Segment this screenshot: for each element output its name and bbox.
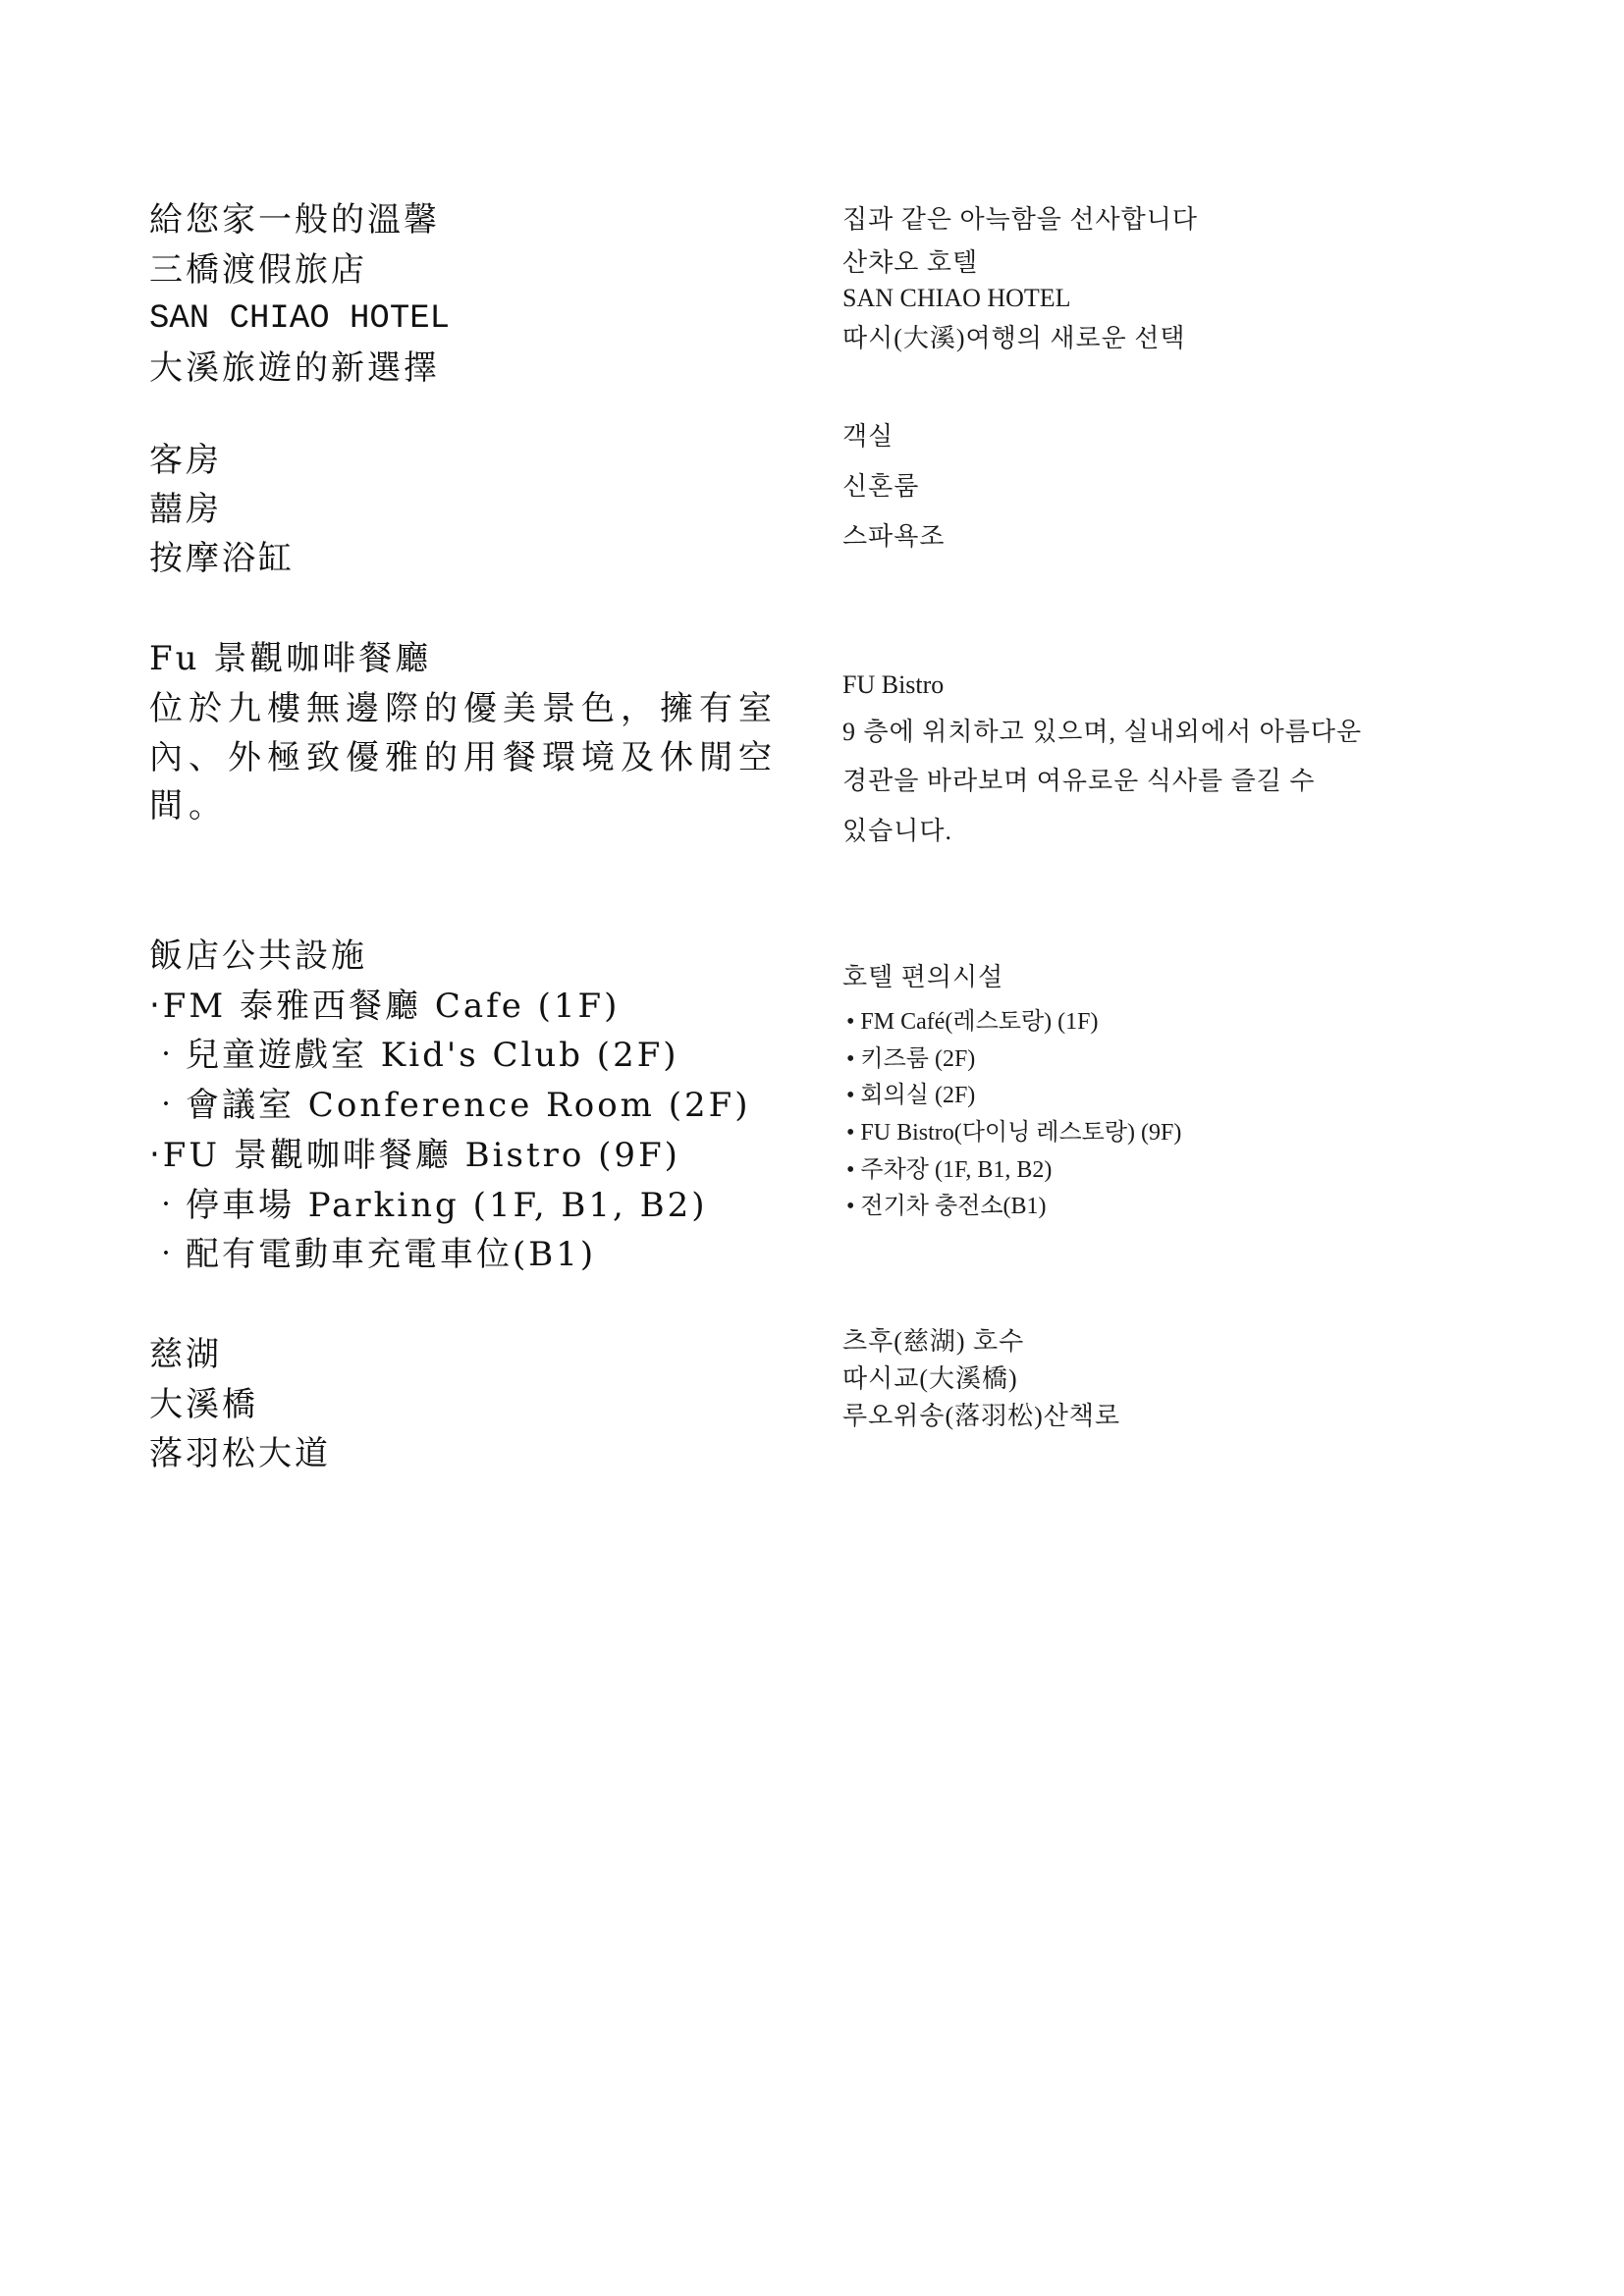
bistro-description-line: 位於九樓無邊際的優美景色，擁有室 [149, 692, 778, 725]
tagline-ko: 집과 같은 아늑함을 선사합니다 [842, 207, 1198, 233]
subtitle-ko: 따시(大溪)여행의 새로운 선택 [842, 326, 1185, 351]
bistro-description-line: 있습니다. [842, 819, 952, 844]
facility-item: • 전기차 충전소(B1) [846, 1195, 1047, 1218]
attraction-item: 츠후(慈湖) 호수 [842, 1329, 1024, 1355]
bistro-description-line: 경관을 바라보며 여유로운 식사를 즐길 수 [842, 769, 1315, 794]
facility-item: ‧會議室 Conference Room (2F) [149, 1089, 750, 1122]
hotel-name-en-ko: SAN CHIAO HOTEL [842, 286, 1071, 311]
room-type-item: 客房 [149, 444, 222, 477]
bistro-title-zh: Fu 景觀咖啡餐廳 [149, 642, 431, 675]
tagline-zh: 給您家一般的溫馨 [149, 203, 440, 237]
facility-item: ‧配有電動車充電車位(B1) [149, 1238, 596, 1271]
bistro-description-line: 內、外極致優雅的用餐環境及休閒空 [149, 741, 778, 774]
bistro-description-line: 間。 [149, 789, 228, 823]
bistro-description-line: 9 층에 위치하고 있으며, 실내외에서 아름다운 [842, 720, 1362, 745]
facility-item: • 주차장 (1F, B1, B2) [846, 1158, 1052, 1182]
room-type-item: 신혼룸 [842, 474, 919, 500]
facility-item: ‧兒童遊戲室 Kid's Club (2F) [149, 1039, 679, 1072]
room-type-item: 按摩浴缸 [149, 542, 295, 575]
attraction-item: 루오위송(落羽松)산책로 [842, 1404, 1120, 1429]
room-type-item: 객실 [842, 424, 893, 450]
subtitle-zh: 大溪旅遊的新選擇 [149, 351, 440, 385]
facility-item: ‧FM 泰雅西餐廳 Cafe (1F) [149, 989, 620, 1023]
facility-item: ‧FU 景觀咖啡餐廳 Bistro (9F) [149, 1139, 680, 1172]
hotel-name-en: SAN CHIAO HOTEL [149, 302, 450, 336]
facility-item: • 키즈룸 (2F) [846, 1047, 975, 1071]
facility-item: • FU Bistro(다이닝 레스토랑) (9F) [846, 1121, 1181, 1145]
attraction-item: 落羽松大道 [149, 1437, 331, 1470]
hotel-name-ko: 산챠오 호텔 [842, 250, 978, 276]
hotel-name-zh: 三橋渡假旅店 [149, 253, 367, 287]
document-page: 給您家一般的溫馨 三橋渡假旅店 SAN CHIAO HOTEL 大溪旅遊的新選擇… [0, 0, 1624, 2296]
room-type-item: 스파욕조 [842, 524, 945, 550]
attraction-item: 慈湖 [149, 1338, 222, 1371]
facilities-title-ko: 호텔 편의시설 [842, 965, 1003, 990]
facilities-title-zh: 飯店公共設施 [149, 939, 367, 973]
attraction-item: 따시교(大溪橋) [842, 1366, 1018, 1392]
facility-item: • FM Café(레스토랑) (1F) [846, 1010, 1098, 1034]
room-type-item: 囍房 [149, 493, 222, 526]
facility-item: • 회의실 (2F) [846, 1084, 975, 1107]
attraction-item: 大溪橋 [149, 1388, 258, 1421]
facility-item: ‧停車場 Parking (1F, B1, B2) [149, 1189, 708, 1222]
bistro-title-ko: FU Bistro [842, 672, 944, 698]
